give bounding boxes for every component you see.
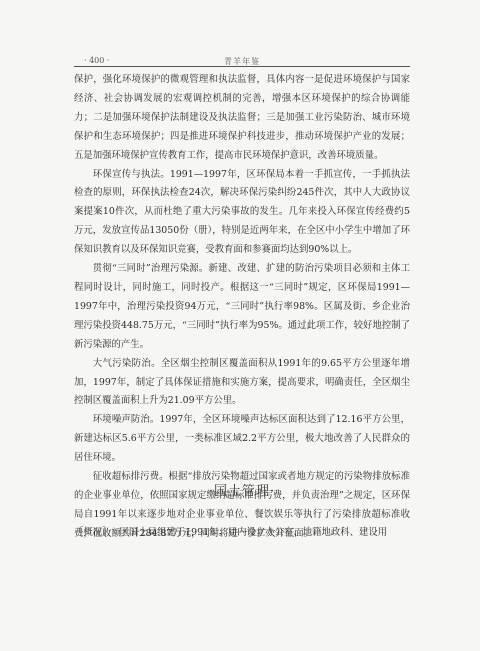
header-rule (74, 66, 410, 67)
section-lead: ［概况］区国土局组建于1991年。局内设立办公室、地籍地政科、建设用 (74, 524, 410, 543)
paragraph-noise-control: 环境噪声防治。1997年，全区环境噪声达标区面积达到了12.16平方公里，新建达… (74, 411, 410, 468)
paragraph-air-pollution: 大气污染防治。全区烟尘控制区覆盖面积从1991年的9.65平方公里逐年增加，19… (74, 355, 410, 412)
lead-text: 区国土局组建于1991年。局内设立办公室、地籍地政科、建设用 (120, 527, 388, 538)
paragraph-propaganda-enforcement: 环保宣传与执法。1991—1997年，区环保局本着一手抓宣传，一手抓执法检查的原… (74, 166, 410, 261)
paragraph-intro: 保护，强化环境保护的微观管理和执法监督，具体内容一是促进环境保护与国家经济、社会… (74, 71, 410, 166)
section-title: ·国土管理· (74, 480, 410, 499)
paragraph-three-simultaneous: 贯彻“三同时”治理污染源。新建、改建、扩建的防治污染项目必须和主体工程同时设计，… (74, 260, 410, 355)
body-text: 保护，强化环境保护的微观管理和执法监督，具体内容一是促进环境保护与国家经济、社会… (74, 71, 410, 544)
lead-tag: ［概况］ (74, 527, 112, 538)
